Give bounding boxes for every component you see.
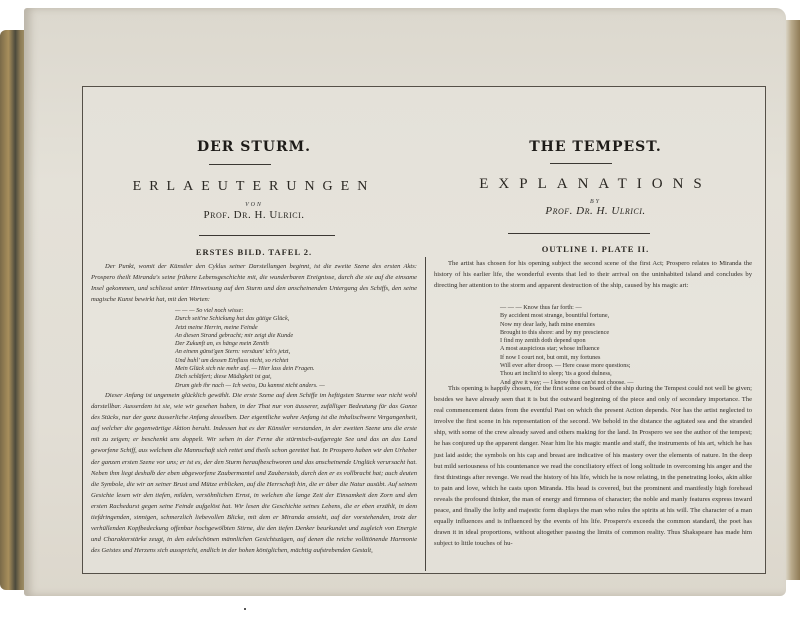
verse-line: Mein Glück sich nie mehr auf. — Hier las…: [175, 365, 325, 373]
verse-line: Drum gieb ihr nach — Ich weiss, Du kanns…: [175, 382, 325, 390]
author-rule: [508, 233, 650, 234]
english-verse: — — — Know thus far forth: — By accident…: [500, 304, 633, 387]
author-rule: [199, 235, 335, 236]
verse-line: An diesen Strand gebracht; mir zeigt die…: [175, 332, 325, 340]
book-page-edge-right: [786, 20, 800, 580]
german-intro: Der Punkt, womit der Künstler den Cyklus…: [91, 261, 417, 305]
verse-line: An einem günst'gen Stern: versäum' ich's…: [175, 348, 325, 356]
verse-line: Durch seit'ne Schickung hat das gütige G…: [175, 315, 325, 323]
verse-line: Brought to this shore: and by my prescie…: [500, 329, 633, 337]
verse-line: I find my zenith doth depend upon: [500, 337, 633, 345]
verse-line: Thou art inclin'd to sleep; 'tis a good …: [500, 370, 633, 378]
german-body-text: Dieser Anfang ist ungemein glücklich gew…: [91, 390, 417, 556]
title-rule: [209, 164, 271, 165]
german-title: DER STURM.: [83, 139, 425, 155]
english-subtitle: EXPLANATIONS: [426, 176, 765, 193]
title-rule: [550, 163, 612, 164]
german-intro-text: Der Punkt, womit der Künstler den Cyklus…: [91, 261, 417, 305]
ink-speck: [244, 608, 246, 610]
german-subtitle: ERLAEUTERUNGEN: [83, 179, 425, 195]
verse-line: By accident most strange, bountiful fort…: [500, 312, 633, 320]
german-section-heading: ERSTES BILD. TAFEL 2.: [83, 247, 425, 257]
verse-line: Der Zukunft an, es hänge mein Zenith: [175, 340, 325, 348]
verse-line: — — — Know thus far forth: —: [500, 304, 633, 312]
verse-line: Und buhl' um dessen Einfluss nicht, so r…: [175, 357, 325, 365]
printed-frame: DER STURM. ERLAEUTERUNGEN VON Prof. Dr. …: [82, 86, 766, 574]
column-divider: [425, 257, 426, 571]
english-intro: The artist has chosen for his opening su…: [434, 258, 752, 291]
verse-line: Dich schläfert; diese Müdigkeit ist gut,: [175, 373, 325, 381]
verse-line: Now my dear lady, hath mine enemies: [500, 321, 633, 329]
verse-line: If now I court not, but omit, my fortune…: [500, 354, 633, 362]
english-title: THE TEMPEST.: [426, 139, 765, 155]
german-by: VON: [83, 202, 425, 208]
german-body: Dieser Anfang ist ungemein glücklich gew…: [91, 390, 417, 556]
english-intro-text: The artist has chosen for his opening su…: [434, 258, 752, 291]
verse-line: Jetzt meine Herrin, meine Feinde: [175, 324, 325, 332]
verse-line: Will ever after droop. — Here cease more…: [500, 362, 633, 370]
english-body: This opening is happily chosen, for the …: [434, 383, 752, 549]
english-body-text: This opening is happily chosen, for the …: [434, 383, 752, 549]
german-verse: — — — So viel noch wisse: Durch seit'ne …: [175, 307, 325, 390]
german-author: Prof. Dr. H. Ulrici.: [83, 209, 425, 221]
verse-line: — — — So viel noch wisse:: [175, 307, 325, 315]
verse-line: A most auspicious star; whose influence: [500, 345, 633, 353]
english-section-heading: OUTLINE I. PLATE II.: [426, 244, 765, 254]
english-author: Prof. Dr. H. Ulrici.: [426, 205, 765, 217]
